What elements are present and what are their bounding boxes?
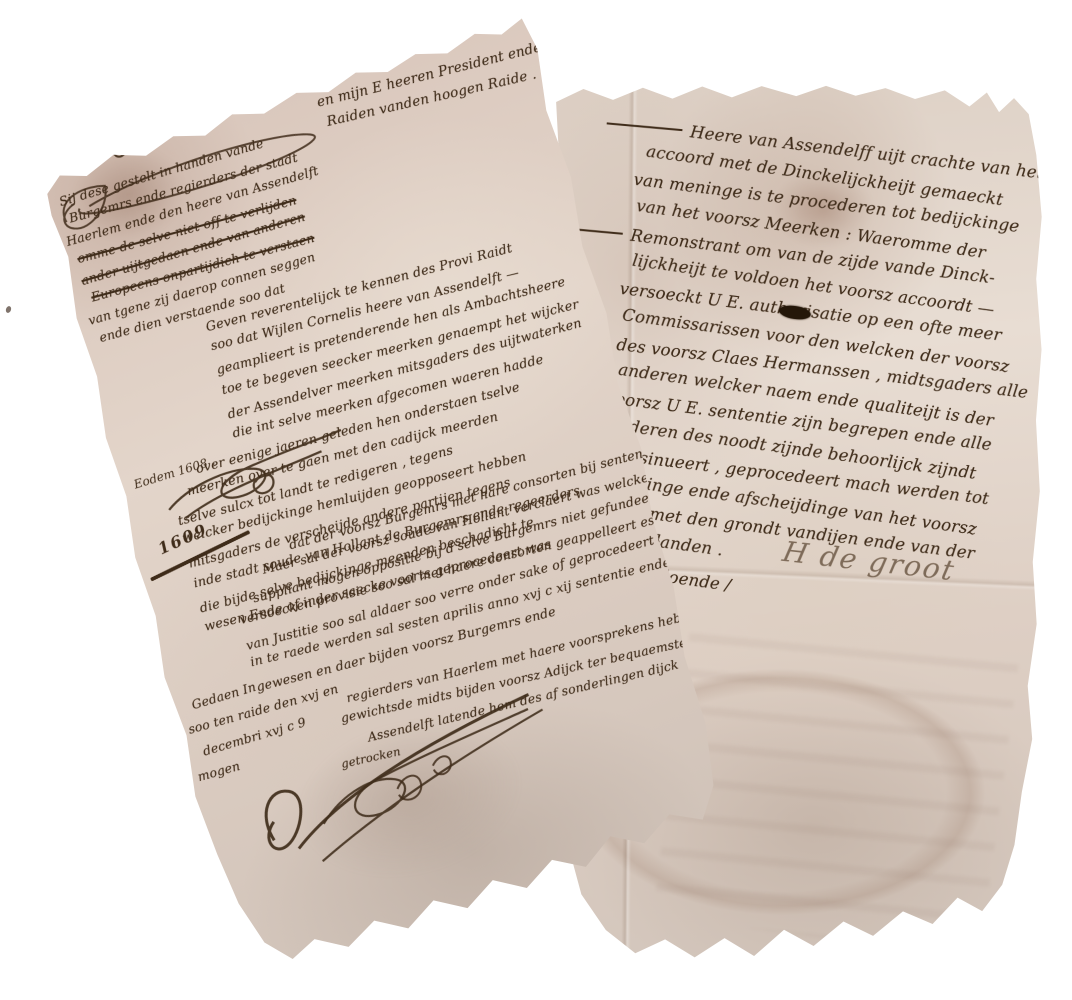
paraph-flourish	[31, 118, 166, 181]
dust-speck	[5, 305, 12, 313]
photograph-of-two-manuscript-pages: Heere van Assendelff uijt crachte van he…	[0, 0, 1072, 1000]
address-to-high-council: en mijn E heeren President endeRaiden va…	[314, 38, 549, 136]
right-page-body: Heere van Assendelff uijt crachte van he…	[591, 111, 1014, 594]
paraph-text: de L .	[92, 115, 130, 134]
